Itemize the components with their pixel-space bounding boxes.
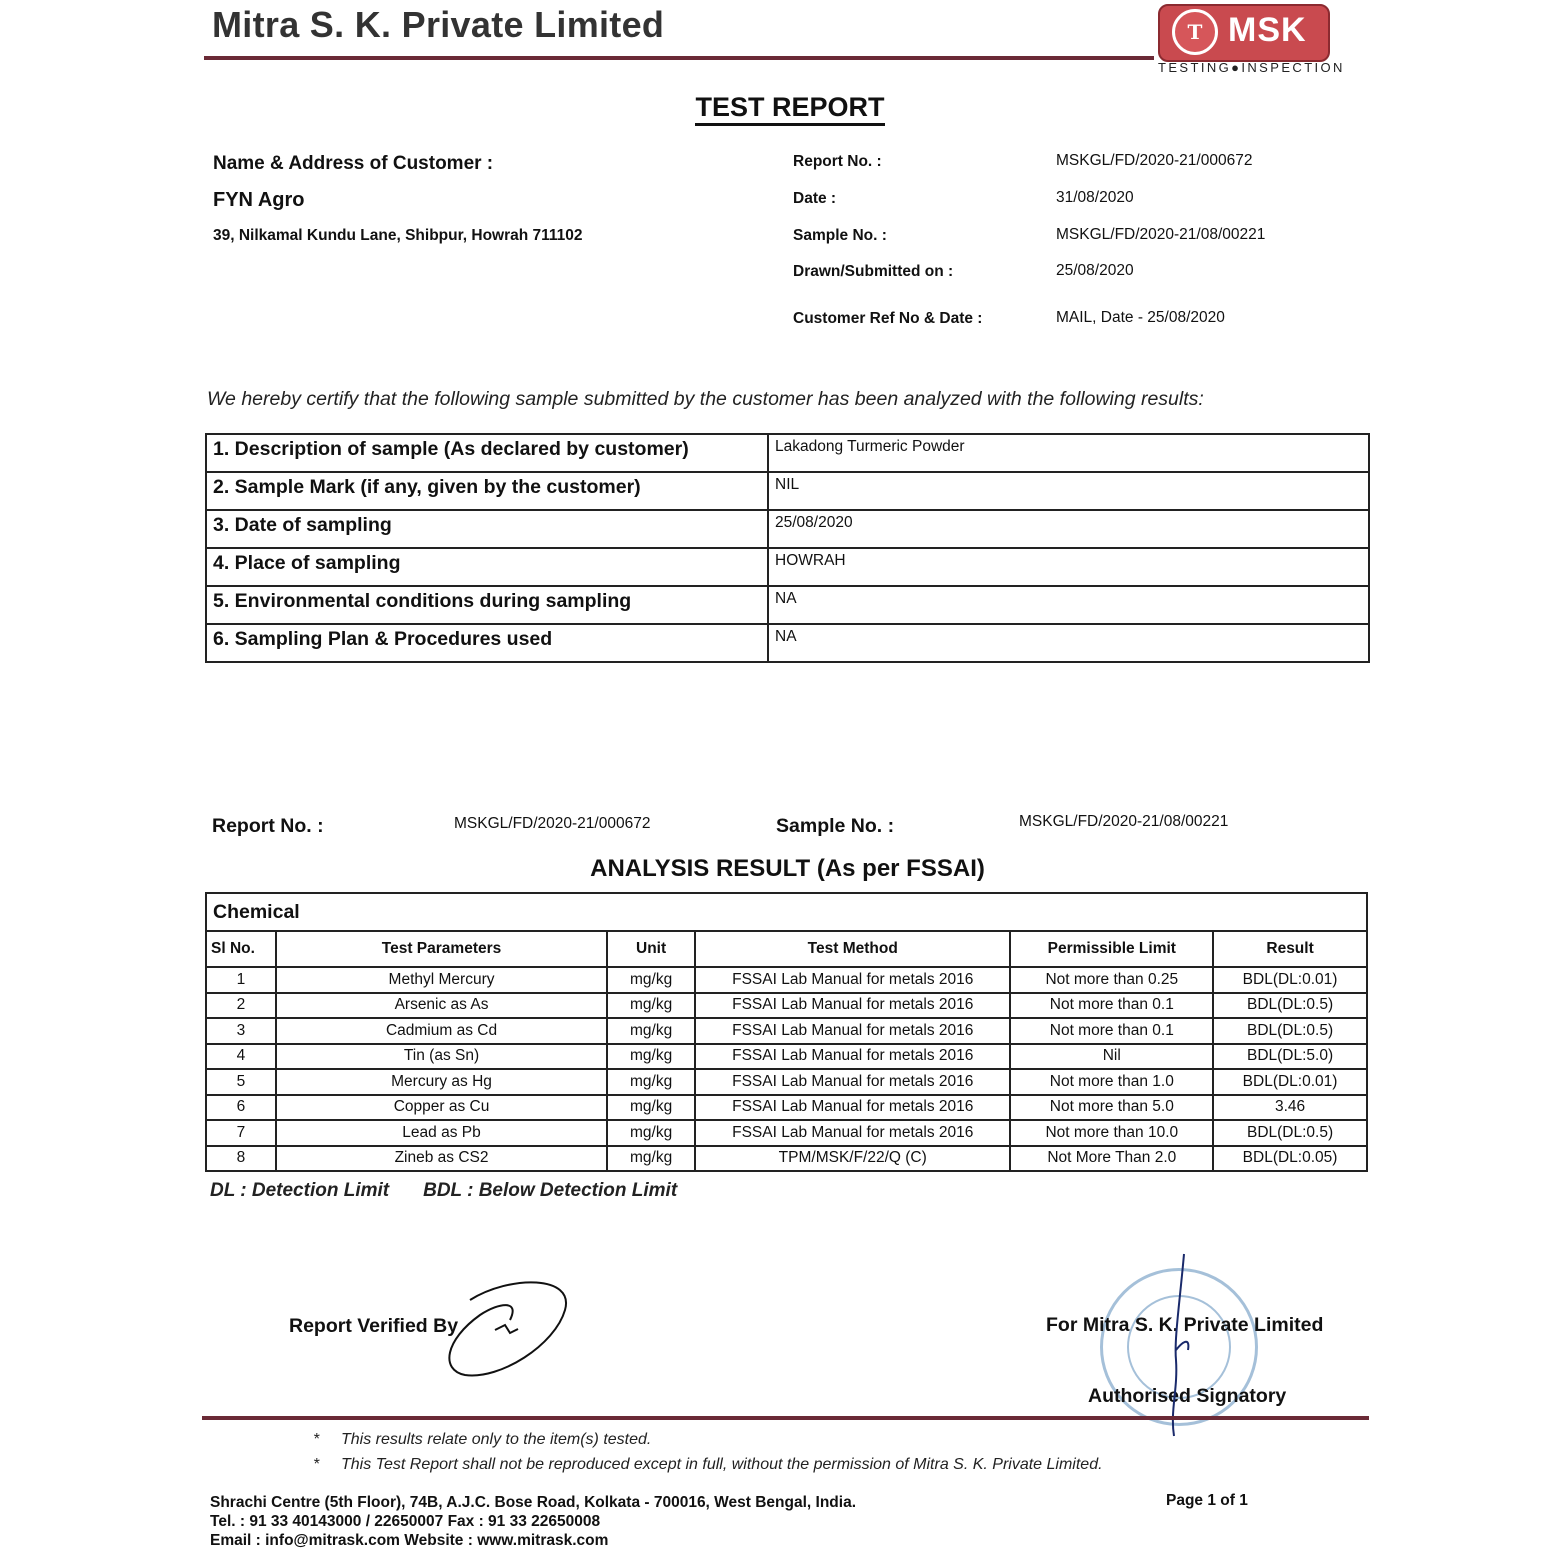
table-cell: 8 bbox=[206, 1146, 276, 1172]
table-cell: Not more than 5.0 bbox=[1010, 1095, 1213, 1121]
table-cell: 5 bbox=[206, 1069, 276, 1095]
logo-seal-icon: T bbox=[1172, 9, 1218, 55]
certification-statement: We hereby certify that the following sam… bbox=[207, 388, 1204, 411]
report-no-value: MSKGL/FD/2020-21/000672 bbox=[1056, 152, 1252, 170]
table-cell: FSSAI Lab Manual for metals 2016 bbox=[695, 993, 1010, 1019]
note-item: *This Test Report shall not be reproduce… bbox=[313, 1456, 1103, 1474]
sample-detail-value: NIL bbox=[768, 472, 1369, 510]
table-cell: Arsenic as As bbox=[276, 993, 607, 1019]
sample-detail-label: 6. Sampling Plan & Procedures used bbox=[206, 624, 768, 662]
sample-detail-value: HOWRAH bbox=[768, 548, 1369, 586]
table-cell: mg/kg bbox=[607, 1069, 695, 1095]
table-cell: BDL(DL:0.5) bbox=[1213, 1018, 1367, 1044]
table-cell: 7 bbox=[206, 1120, 276, 1146]
customer-ref-value: MAIL, Date - 25/08/2020 bbox=[1056, 309, 1225, 327]
table-cell: 1 bbox=[206, 967, 276, 993]
logo-text: MSK bbox=[1228, 11, 1307, 50]
table-cell: FSSAI Lab Manual for metals 2016 bbox=[695, 967, 1010, 993]
table-cell: mg/kg bbox=[607, 1044, 695, 1070]
sample-detail-row: 4. Place of samplingHOWRAH bbox=[206, 548, 1369, 586]
analysis-results-table: Chemical Sl No.Test ParametersUnitTest M… bbox=[205, 892, 1368, 1172]
sample-detail-row: 6. Sampling Plan & Procedures usedNA bbox=[206, 624, 1369, 662]
table-row: 6Copper as Cumg/kgFSSAI Lab Manual for m… bbox=[206, 1095, 1367, 1121]
company-name: Mitra S. K. Private Limited bbox=[212, 4, 664, 46]
customer-label: Name & Address of Customer : bbox=[213, 153, 493, 175]
drawn-label: Drawn/Submitted on : bbox=[793, 263, 953, 281]
sample-no-value-2: MSKGL/FD/2020-21/08/00221 bbox=[1019, 813, 1228, 831]
table-cell: Methyl Mercury bbox=[276, 967, 607, 993]
table-cell: Not more than 0.25 bbox=[1010, 967, 1213, 993]
sample-detail-value: NA bbox=[768, 586, 1369, 624]
table-cell: FSSAI Lab Manual for metals 2016 bbox=[695, 1069, 1010, 1095]
footer-divider bbox=[202, 1416, 1369, 1420]
table-row: 5Mercury as Hgmg/kgFSSAI Lab Manual for … bbox=[206, 1069, 1367, 1095]
table-cell: Not more than 10.0 bbox=[1010, 1120, 1213, 1146]
verified-by-label: Report Verified By bbox=[289, 1315, 458, 1338]
date-label: Date : bbox=[793, 190, 836, 208]
signatory-signature-icon bbox=[1160, 1250, 1200, 1440]
table-cell: TPM/MSK/F/22/Q (C) bbox=[695, 1146, 1010, 1172]
table-cell: Not more than 1.0 bbox=[1010, 1069, 1213, 1095]
column-header: Permissible Limit bbox=[1010, 931, 1213, 967]
drawn-value: 25/08/2020 bbox=[1056, 262, 1134, 280]
table-cell: Cadmium as Cd bbox=[276, 1018, 607, 1044]
customer-ref-label: Customer Ref No & Date : bbox=[793, 310, 982, 328]
report-no-label-2: Report No. : bbox=[212, 815, 324, 838]
sample-detail-row: 1. Description of sample (As declared by… bbox=[206, 434, 1369, 472]
footer-address: Shrachi Centre (5th Floor), 74B, A.J.C. … bbox=[210, 1494, 856, 1512]
table-cell: BDL(DL:0.01) bbox=[1213, 1069, 1367, 1095]
sample-detail-label: 5. Environmental conditions during sampl… bbox=[206, 586, 768, 624]
group-header: Chemical bbox=[206, 893, 1367, 931]
column-header: Test Method bbox=[695, 931, 1010, 967]
table-cell: 6 bbox=[206, 1095, 276, 1121]
sample-details-table: 1. Description of sample (As declared by… bbox=[205, 433, 1370, 663]
table-cell: 2 bbox=[206, 993, 276, 1019]
msk-logo: T MSK bbox=[1158, 4, 1330, 62]
legend-dl: DL : Detection Limit bbox=[210, 1180, 389, 1201]
customer-address: 39, Nilkamal Kundu Lane, Shibpur, Howrah… bbox=[213, 227, 583, 245]
table-row: 2Arsenic as Asmg/kgFSSAI Lab Manual for … bbox=[206, 993, 1367, 1019]
table-cell: mg/kg bbox=[607, 1018, 695, 1044]
date-value: 31/08/2020 bbox=[1056, 189, 1134, 207]
sample-detail-label: 1. Description of sample (As declared by… bbox=[206, 434, 768, 472]
table-cell: 4 bbox=[206, 1044, 276, 1070]
table-row: 4Tin (as Sn)mg/kgFSSAI Lab Manual for me… bbox=[206, 1044, 1367, 1070]
sample-detail-row: 5. Environmental conditions during sampl… bbox=[206, 586, 1369, 624]
table-cell: BDL(DL:0.5) bbox=[1213, 993, 1367, 1019]
table-cell: mg/kg bbox=[607, 1120, 695, 1146]
sample-detail-value: 25/08/2020 bbox=[768, 510, 1369, 548]
customer-name: FYN Agro bbox=[213, 189, 304, 212]
table-cell: BDL(DL:0.01) bbox=[1213, 967, 1367, 993]
analysis-title: ANALYSIS RESULT (As per FSSAI) bbox=[0, 855, 1553, 883]
sample-detail-label: 2. Sample Mark (if any, given by the cus… bbox=[206, 472, 768, 510]
table-cell: Copper as Cu bbox=[276, 1095, 607, 1121]
footer-contact: Tel. : 91 33 40143000 / 22650007 Fax : 9… bbox=[210, 1513, 600, 1531]
header-divider bbox=[204, 56, 1154, 60]
table-row: 3Cadmium as Cdmg/kgFSSAI Lab Manual for … bbox=[206, 1018, 1367, 1044]
table-cell: FSSAI Lab Manual for metals 2016 bbox=[695, 1095, 1010, 1121]
column-header: Test Parameters bbox=[276, 931, 607, 967]
table-row: 8Zineb as CS2mg/kgTPM/MSK/F/22/Q (C)Not … bbox=[206, 1146, 1367, 1172]
table-cell: Lead as Pb bbox=[276, 1120, 607, 1146]
table-cell: Not More Than 2.0 bbox=[1010, 1146, 1213, 1172]
column-header: Result bbox=[1213, 931, 1367, 967]
table-cell: mg/kg bbox=[607, 993, 695, 1019]
table-cell: mg/kg bbox=[607, 967, 695, 993]
table-cell: Tin (as Sn) bbox=[276, 1044, 607, 1070]
verifier-signature-icon bbox=[440, 1280, 575, 1385]
note-item: *This results relate only to the item(s)… bbox=[313, 1431, 651, 1449]
legend: DL : Detection LimitBDL : Below Detectio… bbox=[210, 1180, 677, 1202]
sample-no-label: Sample No. : bbox=[793, 227, 887, 245]
sample-detail-value: Lakadong Turmeric Powder bbox=[768, 434, 1369, 472]
table-cell: Not more than 0.1 bbox=[1010, 993, 1213, 1019]
table-cell: BDL(DL:0.05) bbox=[1213, 1146, 1367, 1172]
table-cell: Mercury as Hg bbox=[276, 1069, 607, 1095]
sample-detail-value: NA bbox=[768, 624, 1369, 662]
table-cell: 3.46 bbox=[1213, 1095, 1367, 1121]
table-cell: mg/kg bbox=[607, 1146, 695, 1172]
table-row: 7Lead as Pbmg/kgFSSAI Lab Manual for met… bbox=[206, 1120, 1367, 1146]
table-cell: FSSAI Lab Manual for metals 2016 bbox=[695, 1018, 1010, 1044]
table-cell: FSSAI Lab Manual for metals 2016 bbox=[695, 1120, 1010, 1146]
report-no-label: Report No. : bbox=[793, 153, 882, 171]
sample-no-label-2: Sample No. : bbox=[776, 815, 894, 838]
table-cell: 3 bbox=[206, 1018, 276, 1044]
page-number: Page 1 of 1 bbox=[1166, 1492, 1248, 1510]
legend-bdl: BDL : Below Detection Limit bbox=[423, 1180, 677, 1201]
table-cell: Not more than 0.1 bbox=[1010, 1018, 1213, 1044]
table-cell: BDL(DL:0.5) bbox=[1213, 1120, 1367, 1146]
report-no-value-2: MSKGL/FD/2020-21/000672 bbox=[454, 815, 650, 833]
table-cell: FSSAI Lab Manual for metals 2016 bbox=[695, 1044, 1010, 1070]
table-cell: mg/kg bbox=[607, 1095, 695, 1121]
sample-no-value: MSKGL/FD/2020-21/08/00221 bbox=[1056, 226, 1265, 244]
sample-detail-row: 3. Date of sampling25/08/2020 bbox=[206, 510, 1369, 548]
logo-tagline: TESTING●INSPECTION bbox=[1158, 60, 1345, 75]
sample-detail-row: 2. Sample Mark (if any, given by the cus… bbox=[206, 472, 1369, 510]
table-row: 1Methyl Mercurymg/kgFSSAI Lab Manual for… bbox=[206, 967, 1367, 993]
column-header: Unit bbox=[607, 931, 695, 967]
page-title: TEST REPORT bbox=[0, 92, 1553, 123]
table-cell: BDL(DL:5.0) bbox=[1213, 1044, 1367, 1070]
table-cell: Zineb as CS2 bbox=[276, 1146, 607, 1172]
sample-detail-label: 3. Date of sampling bbox=[206, 510, 768, 548]
table-cell: Nil bbox=[1010, 1044, 1213, 1070]
column-header: Sl No. bbox=[206, 931, 276, 967]
footer-web: Email : info@mitrask.com Website : www.m… bbox=[210, 1532, 608, 1550]
sample-detail-label: 4. Place of sampling bbox=[206, 548, 768, 586]
